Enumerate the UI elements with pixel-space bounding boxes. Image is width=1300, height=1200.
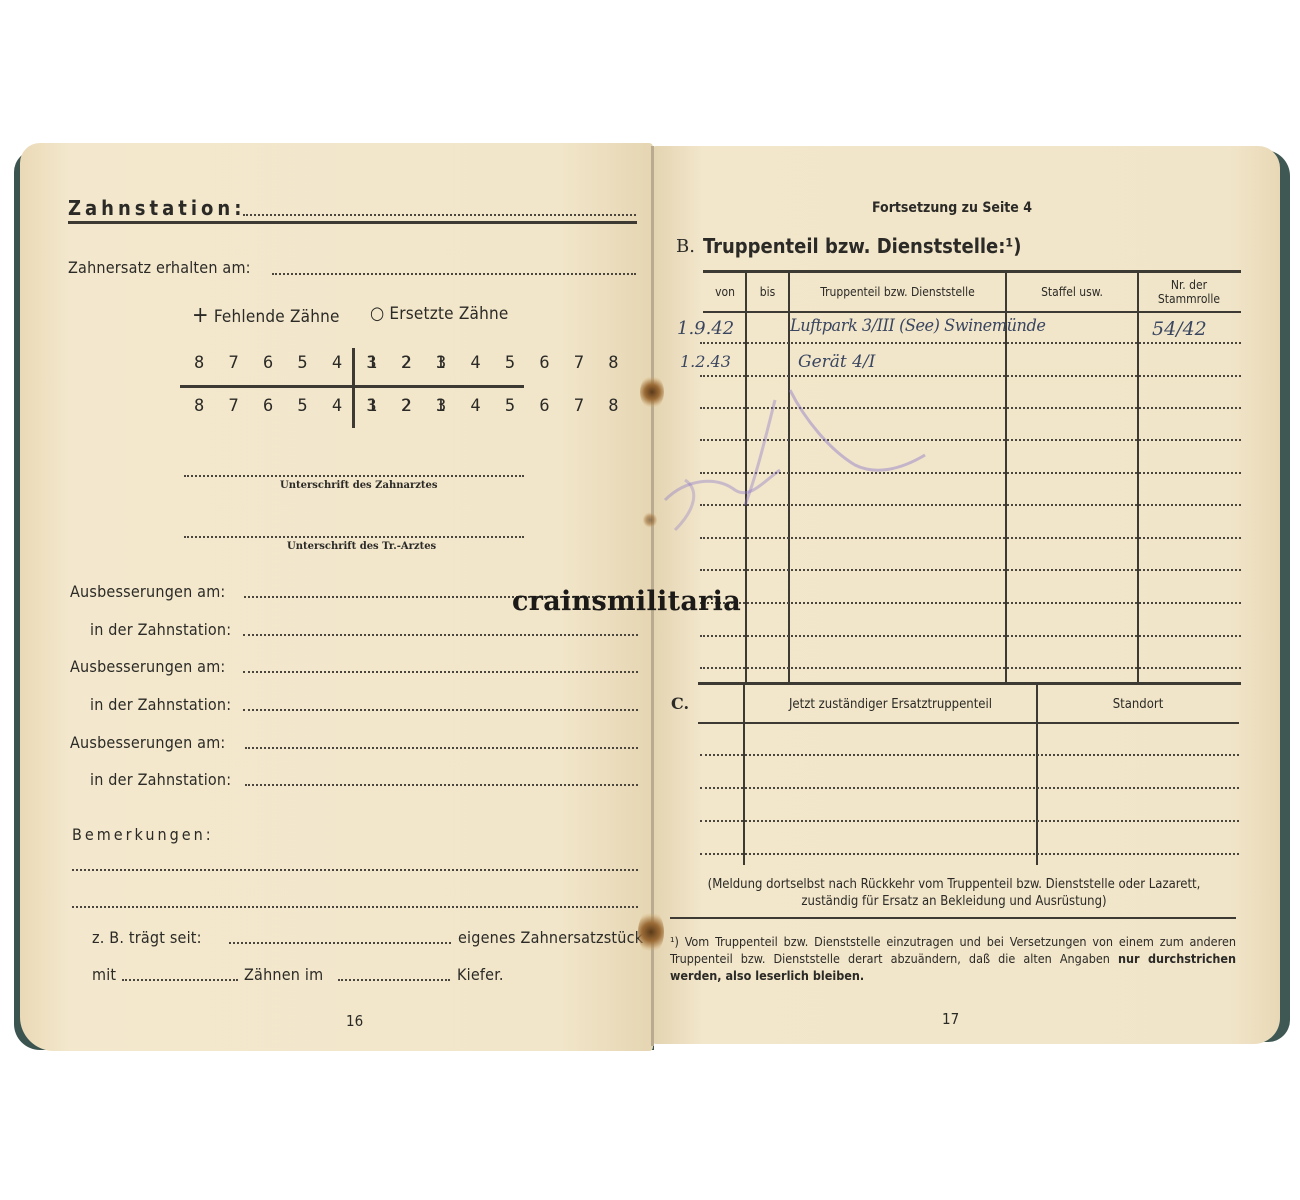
entry-2-unit: Gerät 4/I xyxy=(798,352,875,372)
repair-date-label-1: Ausbesserungen am: xyxy=(70,582,225,601)
section-c-note: (Meldung dortselbst nach Rückkehr vom Tr… xyxy=(670,876,1238,910)
section-c-letter: C. xyxy=(671,694,689,713)
plus-icon: + xyxy=(192,303,209,328)
teeth-lower-right: 1 2 3 4 5 6 7 8 xyxy=(367,396,626,416)
table-row[interactable] xyxy=(700,635,1241,637)
circle-icon: ○ xyxy=(370,303,384,324)
dental-station-title: Zahnstation: xyxy=(68,196,245,220)
table-row[interactable] xyxy=(700,853,1239,855)
repair-date-field-3[interactable] xyxy=(245,747,638,749)
table-b-top-rule xyxy=(703,270,1241,273)
column-header-von: von xyxy=(705,285,745,299)
with-label: mit xyxy=(92,965,116,984)
teeth-in-label: Zähnen im xyxy=(244,965,323,984)
entry-1-unit: Luftpark 3/III (See) Swinemünde xyxy=(790,316,1045,336)
wears-since-field[interactable] xyxy=(229,942,451,944)
entry-2-von: 1.2.43 xyxy=(680,352,731,371)
section-b-title: Truppenteil bzw. Dienststelle:¹) xyxy=(703,234,1022,258)
table-b-col-divider xyxy=(1137,272,1139,682)
continuation-heading: Fortsetzung zu Seite 4 xyxy=(872,200,1032,216)
entry-1-stammrolle: 54/42 xyxy=(1152,318,1207,340)
repair-date-label-3: Ausbesserungen am: xyxy=(70,733,225,752)
repair-station-label-3: in der Zahnstation: xyxy=(90,770,231,789)
faded-signature-stamp-icon xyxy=(655,380,945,540)
table-c-col-divider xyxy=(1036,685,1038,865)
denture-received-field[interactable] xyxy=(272,273,636,275)
table-b-header-rule xyxy=(703,311,1241,313)
repair-date-label-2: Ausbesserungen am: xyxy=(70,657,225,676)
troop-doctor-signature-field[interactable] xyxy=(184,536,524,538)
table-b-bottom-rule xyxy=(698,682,1241,685)
table-row[interactable] xyxy=(700,667,1241,669)
title-underline xyxy=(68,221,637,224)
footnote-rule xyxy=(670,917,1236,919)
table-row[interactable] xyxy=(700,375,1241,377)
remarks-field-1[interactable] xyxy=(72,869,638,871)
teeth-upper-right: 1 2 3 4 5 6 7 8 xyxy=(367,353,626,373)
column-header-staffel: Staffel usw. xyxy=(1007,285,1137,299)
remarks-label: Bemerkungen: xyxy=(72,825,214,844)
repair-station-field-1[interactable] xyxy=(243,634,638,636)
table-row[interactable] xyxy=(700,569,1241,571)
wears-since-label: z. B. trägt seit: xyxy=(92,928,202,947)
watermark: crainsmilitaria xyxy=(512,586,741,617)
dental-station-field[interactable] xyxy=(243,214,636,216)
own-denture-label: eigenes Zahnersatzstück xyxy=(458,928,643,947)
dentist-signature-field[interactable] xyxy=(184,475,524,477)
section-b-letter: B. xyxy=(676,236,695,257)
repair-station-label-2: in der Zahnstation: xyxy=(90,695,231,714)
column-header-location: Standort xyxy=(1038,698,1238,712)
repair-station-field-3[interactable] xyxy=(245,784,638,786)
repair-date-field-2[interactable] xyxy=(243,671,638,673)
column-header-unit: Truppenteil bzw. Dienststelle xyxy=(790,285,1005,299)
column-header-replacement-unit: Jetzt zuständiger Ersatztruppenteil xyxy=(745,698,1036,712)
entry-1-von: 1.9.42 xyxy=(677,318,734,339)
jaw-field[interactable] xyxy=(338,979,450,981)
footnote: ¹) Vom Truppenteil bzw. Dienststelle ein… xyxy=(670,933,1236,984)
repair-station-label-1: in der Zahnstation: xyxy=(90,620,231,639)
teeth-chart-vertical-line xyxy=(352,348,355,428)
troop-doctor-signature-label: Unterschrift des Tr.-Arztes xyxy=(287,541,436,552)
table-c-header-rule xyxy=(698,722,1239,724)
table-row[interactable] xyxy=(700,342,1241,344)
staple-rust-bottom xyxy=(638,910,664,954)
table-row[interactable] xyxy=(700,754,1239,756)
legend-missing: + Fehlende Zähne xyxy=(192,303,340,328)
teeth-count-field[interactable] xyxy=(122,979,238,981)
table-row[interactable] xyxy=(700,602,1241,604)
table-c-col-divider xyxy=(743,685,745,865)
dentist-signature-label: Unterschrift des Zahnarztes xyxy=(280,480,438,491)
legend-replaced: ○ Ersetzte Zähne xyxy=(370,303,508,324)
denture-received-label: Zahnersatz erhalten am: xyxy=(68,258,251,277)
remarks-field-2[interactable] xyxy=(72,906,638,908)
column-header-bis: bis xyxy=(747,285,788,299)
repair-station-field-2[interactable] xyxy=(243,709,638,711)
page-number-right: 17 xyxy=(942,1010,959,1028)
table-row[interactable] xyxy=(700,820,1239,822)
table-row[interactable] xyxy=(700,787,1239,789)
page-number-left: 16 xyxy=(346,1012,363,1030)
column-header-stammrolle: Nr. der Stammrolle xyxy=(1139,278,1239,306)
jaw-label: Kiefer. xyxy=(457,965,504,984)
